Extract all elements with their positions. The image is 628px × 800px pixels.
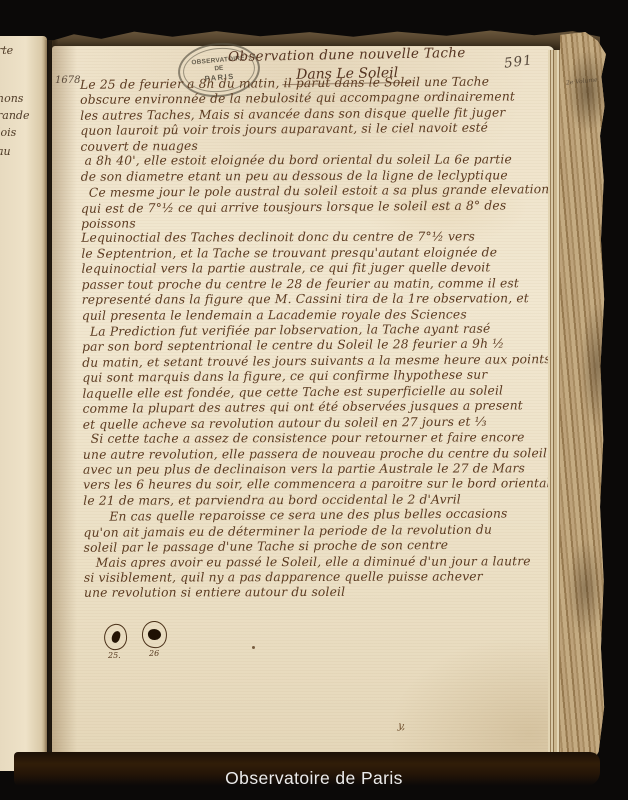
- manuscript-line: Mais apres avoir eu passé le Soleil, ell…: [84, 554, 546, 571]
- sunspot-blob: [147, 628, 161, 640]
- ink-dot: [252, 646, 255, 649]
- previous-page-sliver: rte hons rande lois au: [0, 36, 47, 771]
- manuscript-line: quil presenta le lendemain a Lacademie r…: [82, 307, 544, 324]
- manuscript-photo: rte hons rande lois au OBSERVATOIRE DE P…: [0, 0, 628, 800]
- paragraph: Mais apres avoir eu passé le Soleil, ell…: [84, 553, 546, 603]
- left-page-fragment: hons: [0, 92, 23, 105]
- manuscript-line: lequinoctial vers la partie australe, ce…: [81, 260, 543, 277]
- manuscript-line: Si cette tache a assez de consistence po…: [83, 430, 545, 447]
- book-fore-edge: 2e Volume: [560, 32, 606, 774]
- manuscript-line: une revolution si entiere autour du sole…: [84, 585, 546, 602]
- paragraph: En cas quelle reparoisse ce sera une des…: [83, 506, 545, 556]
- left-page-fragment: lois: [0, 126, 16, 139]
- sketch-label-26: 26: [149, 649, 159, 658]
- left-page-fragment: rte: [0, 44, 13, 57]
- sketch-label-25: 25.: [108, 651, 121, 660]
- paragraph: Si cette tache a assez de consistence po…: [83, 429, 546, 510]
- sunspot-sketch-25: [102, 623, 128, 652]
- manuscript-line: le 21 de mars, et parviendra au bord occ…: [83, 492, 545, 509]
- paragraph: Lequinoctial des Taches declinoit donc d…: [81, 229, 544, 325]
- paragraph: La Prediction fut verifiée par lobservat…: [82, 321, 545, 433]
- manuscript-line: de son diametre etant un peu au dessous …: [81, 168, 543, 185]
- manuscript-line: une autre revolution, elle passera de no…: [83, 446, 545, 463]
- fore-edge-note: 2e Volume: [566, 76, 598, 86]
- manuscript-line: passer tout proche du centre le 28 de fe…: [82, 276, 544, 293]
- paragraph: a 8h 40', elle estoit eloignée du bord o…: [81, 151, 543, 186]
- margin-year: 1678: [55, 75, 80, 86]
- page-number: 591: [503, 52, 534, 71]
- photo-caption: Observatoire de Paris: [0, 768, 628, 789]
- sunspot-blob: [110, 630, 120, 643]
- paragraph: Ce mesme jour le pole austral du soleil …: [81, 182, 543, 232]
- manuscript-line: vers les 6 heures du soir, elle commence…: [83, 477, 545, 494]
- manuscript-line: a 8h 40', elle estoit eloignée du bord o…: [81, 152, 543, 169]
- sunspot-sketch-26: [141, 620, 169, 649]
- left-page-fragment: au: [0, 145, 11, 158]
- manuscript-line: representé dans la figure que M. Cassini…: [82, 291, 544, 308]
- manuscript-line: Lequinoctial des Taches declinoit donc d…: [81, 230, 543, 247]
- ink-mark: y,: [397, 720, 406, 732]
- manuscript-page: OBSERVATOIRE DE PARIS Observation dune n…: [52, 46, 554, 770]
- paragraph: Le 25 de feurier a 8h du matin, il parut…: [80, 74, 543, 155]
- left-page-fragment: rande: [0, 109, 29, 122]
- manuscript-text: Le 25 de feurier a 8h du matin, il parut…: [80, 74, 546, 602]
